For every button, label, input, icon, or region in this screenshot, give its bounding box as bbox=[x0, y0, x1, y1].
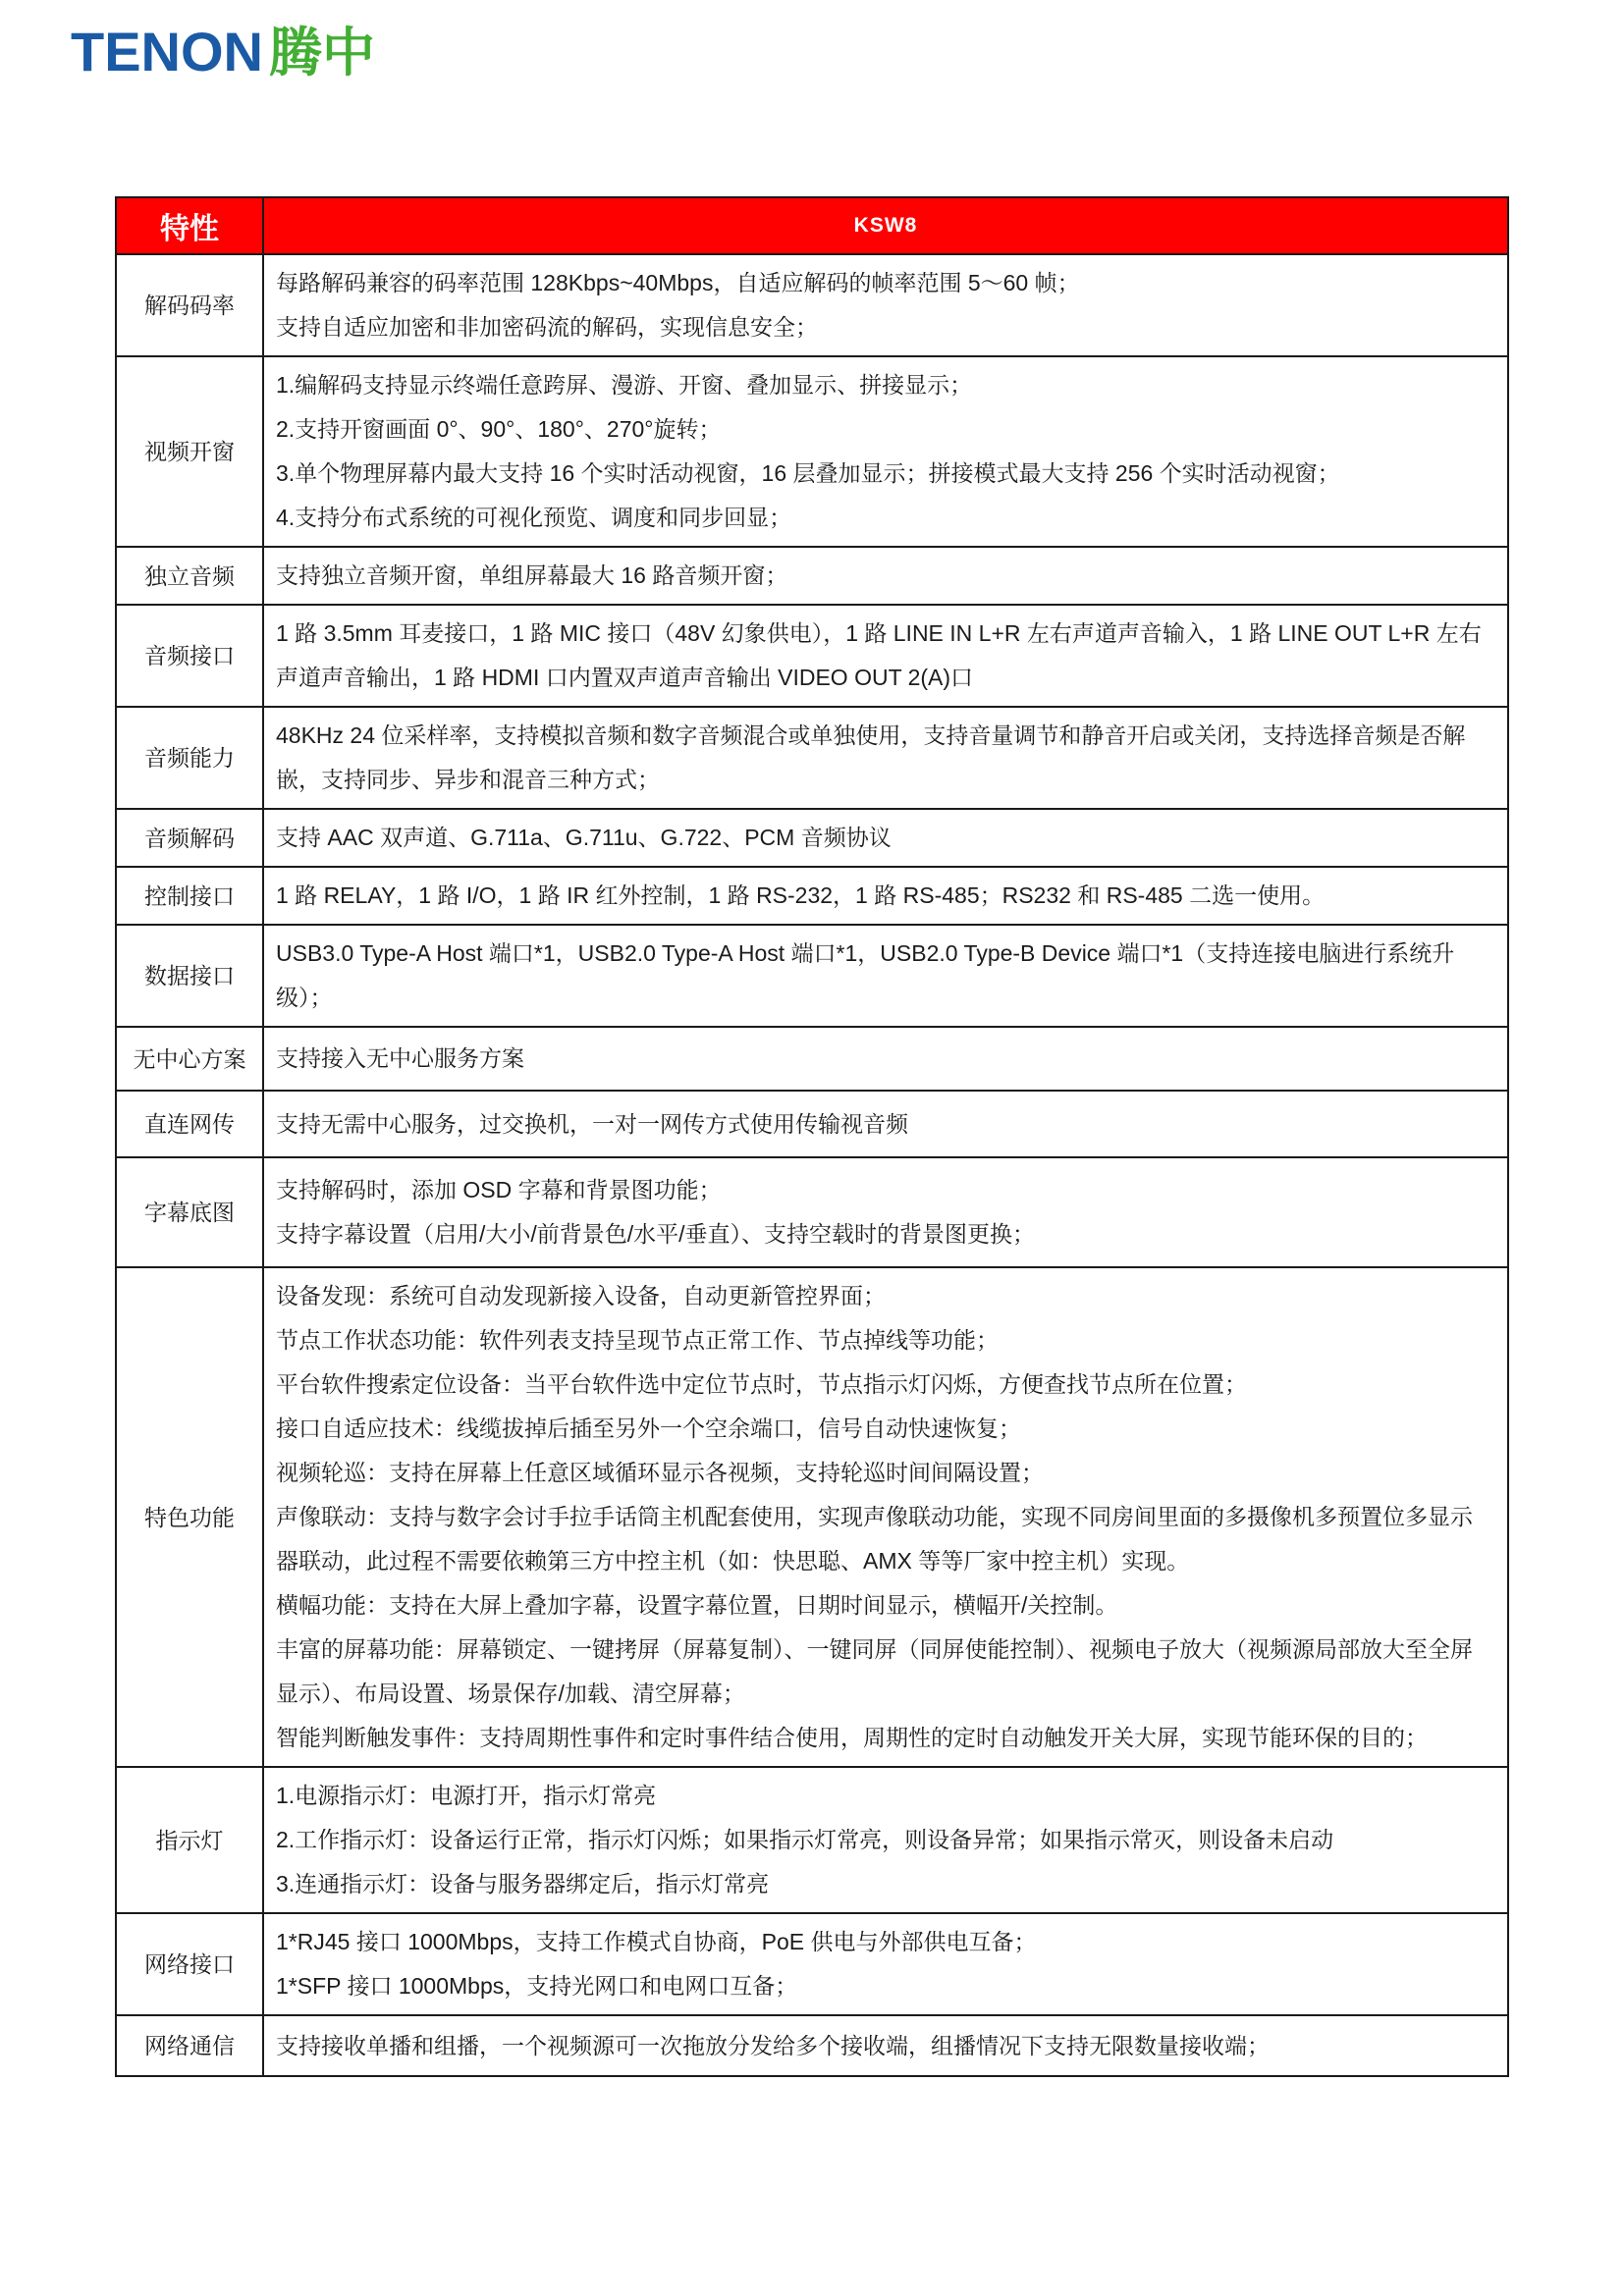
row-content: 48KHz 24 位采样率，支持模拟音频和数字音频混合或单独使用，支持音量调节和… bbox=[263, 707, 1508, 809]
table-row: 特色功能设备发现：系统可自动发现新接入设备，自动更新管控界面；节点工作状态功能：… bbox=[116, 1267, 1508, 1767]
table-row: 音频能力48KHz 24 位采样率，支持模拟音频和数字音频混合或单独使用，支持音… bbox=[116, 707, 1508, 809]
row-content: 支持接收单播和组播，一个视频源可一次拖放分发给多个接收端，组播情况下支持无限数量… bbox=[263, 2015, 1508, 2076]
row-content: USB3.0 Type-A Host 端口*1，USB2.0 Type-A Ho… bbox=[263, 925, 1508, 1027]
spec-line: 1*RJ45 接口 1000Mbps，支持工作模式自协商，PoE 供电与外部供电… bbox=[276, 1920, 1491, 1964]
table-row: 解码码率每路解码兼容的码率范围 128Kbps~40Mbps，自适应解码的帧率范… bbox=[116, 254, 1508, 356]
row-label: 无中心方案 bbox=[116, 1027, 263, 1091]
row-label: 音频接口 bbox=[116, 605, 263, 707]
table-header-row: 特性 KSW8 bbox=[116, 197, 1508, 254]
row-label: 网络接口 bbox=[116, 1913, 263, 2015]
spec-line: 支持解码时，添加 OSD 字幕和背景图功能； bbox=[276, 1168, 1491, 1212]
spec-line: 4.支持分布式系统的可视化预览、调度和同步回显； bbox=[276, 496, 1491, 540]
row-content: 1.电源指示灯：电源打开，指示灯常亮2.工作指示灯：设备运行正常，指示灯闪烁；如… bbox=[263, 1767, 1508, 1913]
spec-line: 声像联动：支持与数字会讨手拉手话筒主机配套使用，实现声像联动功能，实现不同房间里… bbox=[276, 1495, 1491, 1583]
spec-table-head: 特性 KSW8 bbox=[116, 197, 1508, 254]
row-label: 直连网传 bbox=[116, 1091, 263, 1157]
table-row: 无中心方案支持接入无中心服务方案 bbox=[116, 1027, 1508, 1091]
spec-line: 丰富的屏幕功能：屏幕锁定、一键拷屏（屏幕复制）、一键同屏（同屏使能控制）、视频电… bbox=[276, 1628, 1491, 1716]
spec-line: 支持自适应加密和非加密码流的解码，实现信息安全； bbox=[276, 305, 1491, 349]
spec-line: 节点工作状态功能：软件列表支持呈现节点正常工作、节点掉线等功能； bbox=[276, 1318, 1491, 1362]
spec-line: 智能判断触发事件：支持周期性事件和定时事件结合使用，周期性的定时自动触发开关大屏… bbox=[276, 1716, 1491, 1760]
row-label: 指示灯 bbox=[116, 1767, 263, 1913]
table-row: 指示灯1.电源指示灯：电源打开，指示灯常亮2.工作指示灯：设备运行正常，指示灯闪… bbox=[116, 1767, 1508, 1913]
row-label: 音频能力 bbox=[116, 707, 263, 809]
row-label: 音频解码 bbox=[116, 809, 263, 867]
header-cell-model: KSW8 bbox=[263, 197, 1508, 254]
document-page: TENON腾中 特性 KSW8 解码码率每路解码兼容的码率范围 128Kbps~… bbox=[0, 0, 1624, 2296]
row-content: 支持无需中心服务，过交换机，一对一网传方式使用传输视音频 bbox=[263, 1091, 1508, 1157]
spec-line: 横幅功能：支持在大屏上叠加字幕，设置字幕位置，日期时间显示，横幅开/关控制。 bbox=[276, 1583, 1491, 1628]
brand-logo: TENON腾中 bbox=[71, 22, 375, 82]
row-label: 特色功能 bbox=[116, 1267, 263, 1767]
table-row: 网络接口1*RJ45 接口 1000Mbps，支持工作模式自协商，PoE 供电与… bbox=[116, 1913, 1508, 2015]
spec-line: USB3.0 Type-A Host 端口*1，USB2.0 Type-A Ho… bbox=[276, 932, 1491, 1020]
row-content: 支持接入无中心服务方案 bbox=[263, 1027, 1508, 1091]
spec-line: 接口自适应技术：线缆拔掉后插至另外一个空余端口，信号自动快速恢复； bbox=[276, 1407, 1491, 1451]
spec-line: 1 路 3.5mm 耳麦接口，1 路 MIC 接口（48V 幻象供电），1 路 … bbox=[276, 612, 1491, 700]
row-label: 解码码率 bbox=[116, 254, 263, 356]
spec-line: 每路解码兼容的码率范围 128Kbps~40Mbps，自适应解码的帧率范围 5～… bbox=[276, 261, 1491, 305]
spec-table-body: 解码码率每路解码兼容的码率范围 128Kbps~40Mbps，自适应解码的帧率范… bbox=[116, 254, 1508, 2076]
spec-line: 支持接入无中心服务方案 bbox=[276, 1037, 1491, 1081]
spec-line: 2.工作指示灯：设备运行正常，指示灯闪烁；如果指示灯常亮，则设备异常；如果指示常… bbox=[276, 1818, 1491, 1862]
header-cell-feature: 特性 bbox=[116, 197, 263, 254]
row-content: 1.编解码支持显示终端任意跨屏、漫游、开窗、叠加显示、拼接显示；2.支持开窗画面… bbox=[263, 356, 1508, 547]
row-content: 支持独立音频开窗，单组屏幕最大 16 路音频开窗； bbox=[263, 547, 1508, 605]
spec-line: 2.支持开窗画面 0°、90°、180°、270°旋转； bbox=[276, 407, 1491, 452]
spec-line: 1*SFP 接口 1000Mbps，支持光网口和电网口互备； bbox=[276, 1964, 1491, 2008]
row-content: 支持 AAC 双声道、G.711a、G.711u、G.722、PCM 音频协议 bbox=[263, 809, 1508, 867]
brand-logo-tenon-text: TENON bbox=[71, 21, 263, 82]
spec-table: 特性 KSW8 解码码率每路解码兼容的码率范围 128Kbps~40Mbps，自… bbox=[115, 196, 1509, 2077]
table-row: 独立音频支持独立音频开窗，单组屏幕最大 16 路音频开窗； bbox=[116, 547, 1508, 605]
row-label: 字幕底图 bbox=[116, 1157, 263, 1267]
table-row: 字幕底图支持解码时，添加 OSD 字幕和背景图功能；支持字幕设置（启用/大小/前… bbox=[116, 1157, 1508, 1267]
spec-line: 视频轮巡：支持在屏幕上任意区域循环显示各视频，支持轮巡时间间隔设置； bbox=[276, 1451, 1491, 1495]
spec-line: 48KHz 24 位采样率，支持模拟音频和数字音频混合或单独使用，支持音量调节和… bbox=[276, 714, 1491, 802]
row-label: 网络通信 bbox=[116, 2015, 263, 2076]
row-label: 独立音频 bbox=[116, 547, 263, 605]
table-row: 网络通信支持接收单播和组播，一个视频源可一次拖放分发给多个接收端，组播情况下支持… bbox=[116, 2015, 1508, 2076]
spec-line: 1.电源指示灯：电源打开，指示灯常亮 bbox=[276, 1774, 1491, 1818]
spec-line: 3.单个物理屏幕内最大支持 16 个实时活动视窗，16 层叠加显示；拼接模式最大… bbox=[276, 452, 1491, 496]
spec-line: 平台软件搜索定位设备：当平台软件选中定位节点时，节点指示灯闪烁，方便查找节点所在… bbox=[276, 1362, 1491, 1407]
row-content: 设备发现：系统可自动发现新接入设备，自动更新管控界面；节点工作状态功能：软件列表… bbox=[263, 1267, 1508, 1767]
spec-line: 支持 AAC 双声道、G.711a、G.711u、G.722、PCM 音频协议 bbox=[276, 816, 1491, 860]
spec-line: 3.连通指示灯：设备与服务器绑定后，指示灯常亮 bbox=[276, 1862, 1491, 1906]
table-row: 直连网传支持无需中心服务，过交换机，一对一网传方式使用传输视音频 bbox=[116, 1091, 1508, 1157]
spec-line: 支持无需中心服务，过交换机，一对一网传方式使用传输视音频 bbox=[276, 1102, 1491, 1147]
table-row: 视频开窗1.编解码支持显示终端任意跨屏、漫游、开窗、叠加显示、拼接显示；2.支持… bbox=[116, 356, 1508, 547]
row-label: 控制接口 bbox=[116, 867, 263, 925]
table-row: 音频接口1 路 3.5mm 耳麦接口，1 路 MIC 接口（48V 幻象供电），… bbox=[116, 605, 1508, 707]
table-row: 控制接口1 路 RELAY，1 路 I/O，1 路 IR 红外控制，1 路 RS… bbox=[116, 867, 1508, 925]
spec-line: 支持字幕设置（启用/大小/前背景色/水平/垂直）、支持空载时的背景图更换； bbox=[276, 1212, 1491, 1256]
row-content: 1*RJ45 接口 1000Mbps，支持工作模式自协商，PoE 供电与外部供电… bbox=[263, 1913, 1508, 2015]
row-content: 每路解码兼容的码率范围 128Kbps~40Mbps，自适应解码的帧率范围 5～… bbox=[263, 254, 1508, 356]
brand-logo-chinese-text: 腾中 bbox=[269, 24, 375, 82]
row-content: 支持解码时，添加 OSD 字幕和背景图功能；支持字幕设置（启用/大小/前背景色/… bbox=[263, 1157, 1508, 1267]
spec-line: 支持独立音频开窗，单组屏幕最大 16 路音频开窗； bbox=[276, 554, 1491, 598]
table-row: 音频解码支持 AAC 双声道、G.711a、G.711u、G.722、PCM 音… bbox=[116, 809, 1508, 867]
row-label: 数据接口 bbox=[116, 925, 263, 1027]
row-content: 1 路 3.5mm 耳麦接口，1 路 MIC 接口（48V 幻象供电），1 路 … bbox=[263, 605, 1508, 707]
spec-line: 设备发现：系统可自动发现新接入设备，自动更新管控界面； bbox=[276, 1274, 1491, 1318]
spec-line: 1 路 RELAY，1 路 I/O，1 路 IR 红外控制，1 路 RS-232… bbox=[276, 874, 1491, 918]
row-label: 视频开窗 bbox=[116, 356, 263, 547]
spec-line: 支持接收单播和组播，一个视频源可一次拖放分发给多个接收端，组播情况下支持无限数量… bbox=[276, 2024, 1491, 2068]
spec-line: 1.编解码支持显示终端任意跨屏、漫游、开窗、叠加显示、拼接显示； bbox=[276, 363, 1491, 407]
table-row: 数据接口USB3.0 Type-A Host 端口*1，USB2.0 Type-… bbox=[116, 925, 1508, 1027]
row-content: 1 路 RELAY，1 路 I/O，1 路 IR 红外控制，1 路 RS-232… bbox=[263, 867, 1508, 925]
